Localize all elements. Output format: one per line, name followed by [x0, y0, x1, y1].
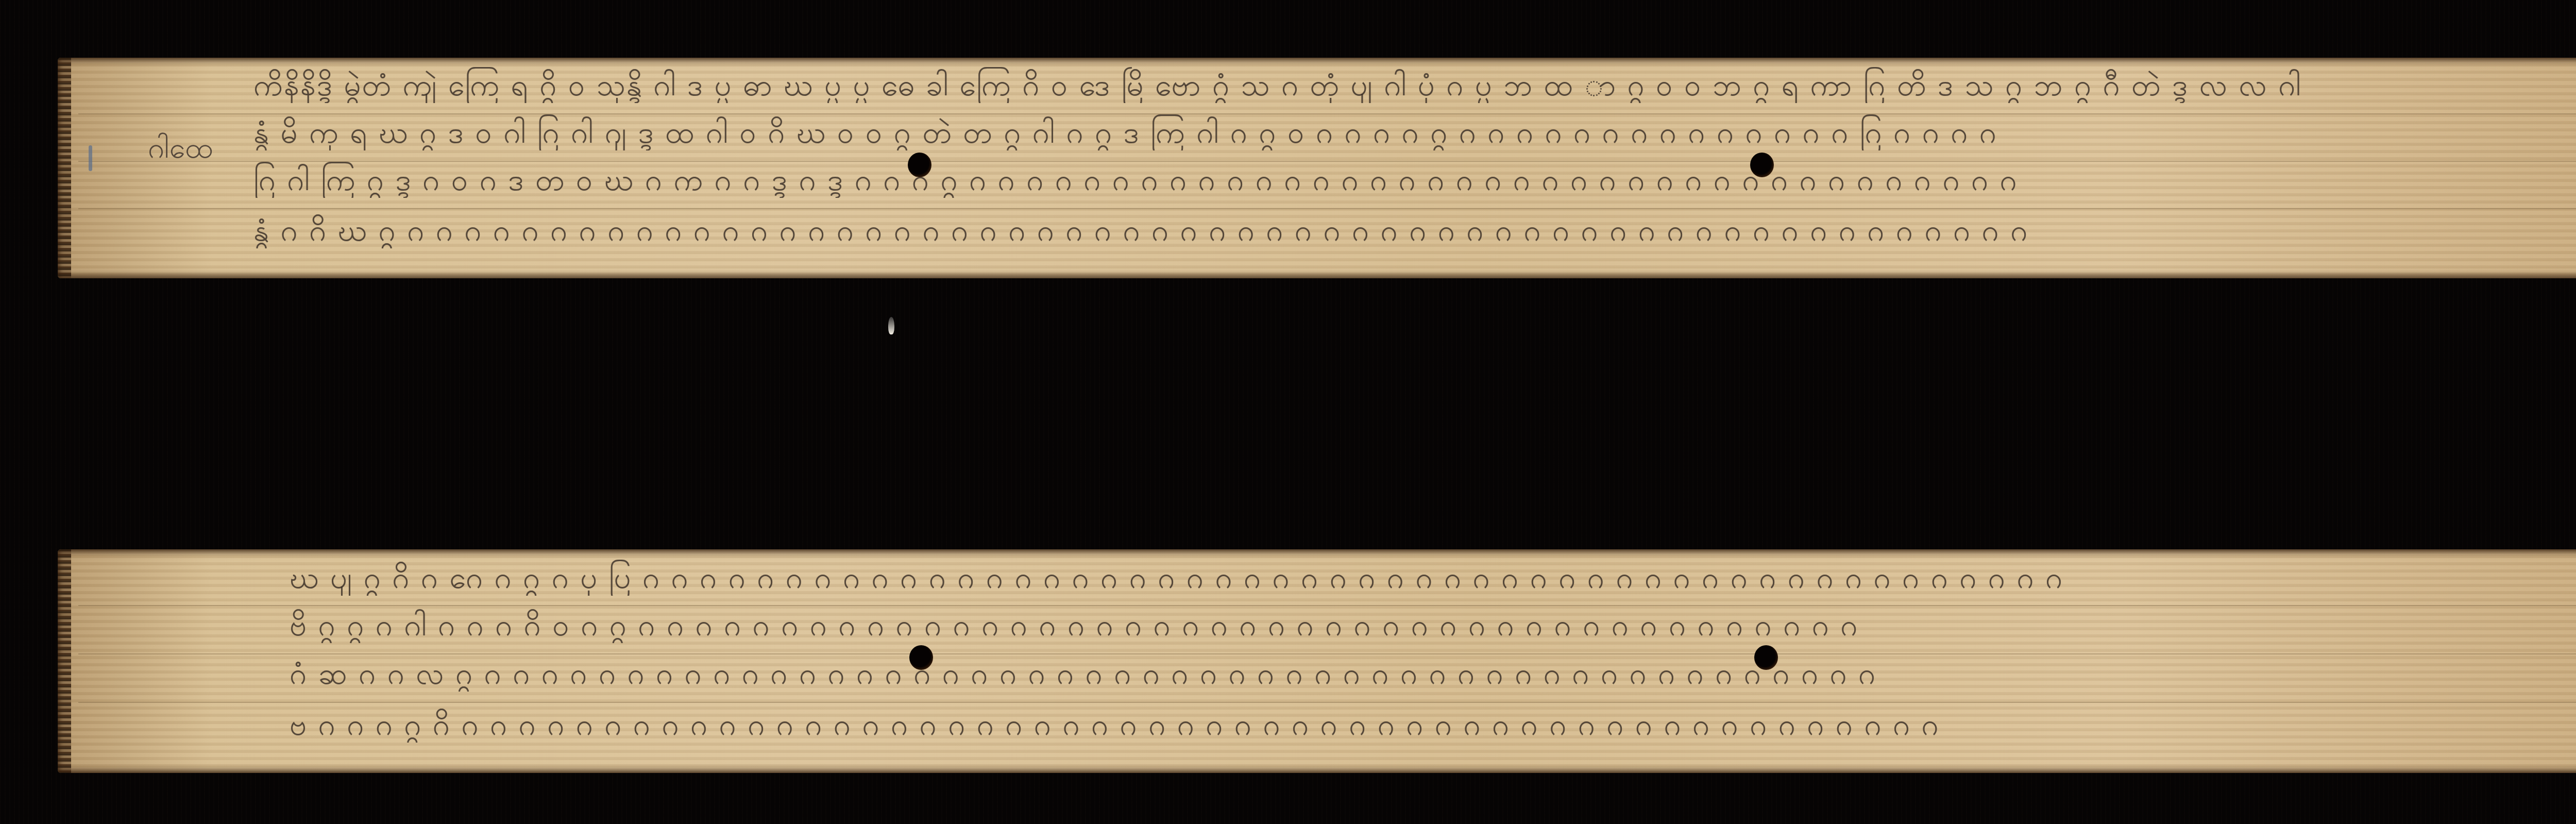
palm-leaf-bottom: ဃ ပျ ဂ္ဂ ဂိ ဂ ဂေ ဂ ဂ္ဂ ဂ ပု ပြ ဂ ဂ ဂ ဂ ဂ… [58, 549, 2576, 773]
binding-hole-left [908, 153, 931, 177]
ruled-line [78, 702, 2576, 703]
text-line-2: ဗိ ဂ္ဂ ဂ္ဂ ဂ ဂါ ဂ ဂ ဂ ဂိ ဝ ဂ ဂ္ဂ ဂ ဂ ဂ ဂ… [290, 607, 2576, 643]
text-line-3: ဂံ ဆ ဂ ဂ လ ဂ္ဂ ဂ ဂ ဂ ဂ ဂ ဂ ဂ ဂ ဂ ဂ ဂ ဂ ဂ… [290, 655, 2576, 692]
folio-marker: ဂါထေ [148, 130, 213, 172]
text-line-2: နွံ မိ ကု ရ ဃ ဂ္ဂ ဒ ဝ ဂါ ဂြ ဂါ ဂျ ဒ္ဒ ထ … [253, 114, 2576, 150]
text-line-3: ဂြ ဂါ ကြ ဂ္ဂ ဒ္ဒ ဂ ဝ ဂ ဒ တ ဝ ဃ ဂ က ဂ ဂ ဒ… [253, 162, 2576, 198]
binding-hole-left [909, 645, 933, 670]
text-line-1: ဃ ပျ ဂ္ဂ ဂိ ဂ ဂေ ဂ ဂ္ဂ ဂ ပု ပြ ဂ ဂ ဂ ဂ ဂ… [290, 560, 2576, 596]
palm-leaf-top: ဂါထေ ကိနိနိဒ္ဒိ မွဲတံ ကျဲ ကြေ ရ ဂ္ဂိ ဝ သ… [58, 58, 2576, 278]
dust-speck [888, 317, 894, 334]
ruled-line [78, 605, 2576, 606]
margin-ink-mark [89, 145, 92, 171]
text-line-1: ကိနိနိဒ္ဒိ မွဲတံ ကျဲ ကြေ ရ ဂ္ဂိ ဝ သုန္ဒိ… [253, 67, 2576, 103]
binding-hole-right [1754, 645, 1778, 670]
text-line-4: နွံ ဂ ဂိ ဃ ဂ္ဂ ဂ ဂ ဂ ဂ ဂ ဂ ဂ ဂ ဂ ဂ ဂ ဂ ဂ… [253, 212, 2576, 248]
binding-hole-right [1750, 153, 1774, 177]
text-line-4: ဗ ဂ ဂ ဂ ဂ္ဂ ဂိ ဂ ဂ ဂ ဂ ဂ ဂ ဂ ဂ ဂ ဂ ဂ ဂ ဂ… [290, 707, 2576, 743]
ruled-line [78, 208, 2576, 209]
ruled-line [78, 653, 2576, 654]
